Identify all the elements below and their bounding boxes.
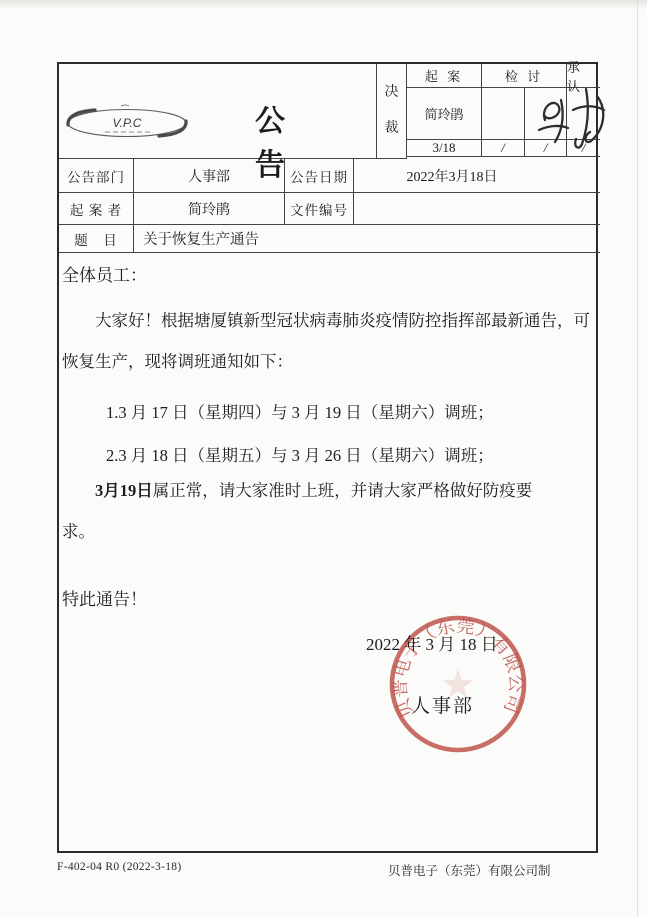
date-value: 2022年3月18日 bbox=[354, 159, 600, 193]
signoff-draft-date: 3/18 bbox=[407, 140, 482, 157]
announcement-document: V.P.C 公 告 决裁 起 案 检 讨 承 认 简玲鹃 3/18 / / / … bbox=[0, 0, 647, 917]
footer-company: 贝普电子（东莞）有限公司制 bbox=[388, 861, 551, 879]
signoff-col-draft: 起 案 bbox=[407, 64, 482, 88]
logo-top-mark bbox=[121, 105, 129, 106]
vpc-logo: V.P.C bbox=[63, 104, 193, 142]
doc-no-label: 文件编号 bbox=[285, 193, 354, 225]
header-title-cell: V.P.C 公 告 bbox=[59, 64, 377, 159]
approve-signature-scribble bbox=[531, 84, 619, 154]
dept-value: 人事部 bbox=[134, 159, 285, 193]
logo-text: V.P.C bbox=[113, 116, 142, 130]
drafter-value: 简玲鹃 bbox=[134, 193, 285, 225]
form-number: F-402-04 R0 (2022-3-18) bbox=[57, 861, 181, 873]
signoff-draft-name: 简玲鹃 bbox=[407, 88, 482, 140]
dept-label: 公告部门 bbox=[59, 159, 134, 193]
doc-no-value bbox=[354, 193, 600, 225]
signature-stroke-1 bbox=[544, 103, 559, 120]
drafter-label: 起 案 者 bbox=[59, 193, 134, 225]
date-label: 公告日期 bbox=[285, 159, 354, 193]
closing-statement: 特此通告！ bbox=[62, 585, 147, 610]
requirement-bold-date: 3月19日 bbox=[62, 481, 153, 500]
signature-stroke-2 bbox=[539, 126, 568, 130]
paper-edge-line bbox=[637, 0, 638, 917]
shift-item-1: 1.3 月 17 日（星期四）与 3 月 19 日（星期六）调班； bbox=[106, 399, 494, 423]
shift-item-2: 2.3 月 18 日（星期五）与 3 月 26 日（星期六）调班； bbox=[106, 442, 494, 466]
decision-label: 决裁 bbox=[384, 75, 400, 147]
requirement-line2: 求。 bbox=[62, 522, 95, 541]
signoff-slash-1: / bbox=[482, 140, 525, 157]
subject-label: 题 目 bbox=[59, 225, 134, 253]
signature-department: 人事部 bbox=[411, 691, 474, 718]
salutation: 全体员工： bbox=[62, 261, 147, 286]
paragraph-intro: 大家好！根据塘厦镇新型冠状病毒肺炎疫情防控指挥部最新通告，可 恢复生产，现将调班… bbox=[62, 300, 590, 382]
signoff-review-cell-1 bbox=[482, 88, 525, 140]
requirement-rest: 属正常，请大家准时上班，并请大家严格做好防疫要 bbox=[153, 481, 533, 500]
decision-column: 决裁 bbox=[377, 64, 407, 159]
subject-value: 关于恢复生产通告 bbox=[134, 225, 600, 253]
paragraph-requirement: 3月19日属正常，请大家准时上班，并请大家严格做好防疫要求。 bbox=[62, 470, 584, 552]
signature-date: 2022 年 3 月 18 日 bbox=[366, 630, 498, 655]
